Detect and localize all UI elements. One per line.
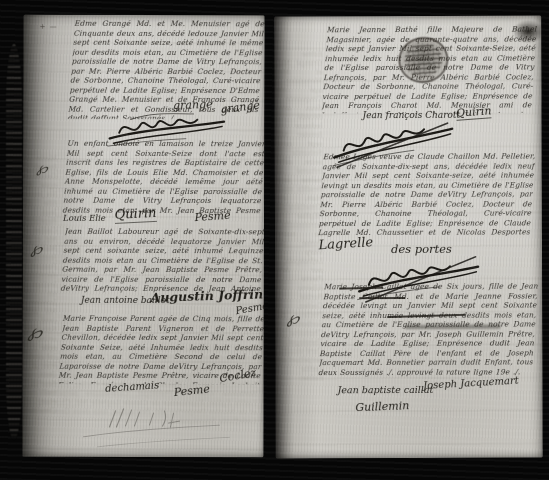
strikethrough-mark [405, 325, 500, 329]
act-margin-mark: ℘ [27, 320, 44, 344]
manuscript-page-left: + — Edme Grangé Md. et Me. Menuisier agé… [22, 15, 264, 458]
signature: Pesme [194, 209, 231, 224]
manuscript-page-right: Marie Jeanne Bathé fille Majeure de Bath… [274, 16, 543, 459]
signature: Guillemin [355, 399, 409, 414]
book-page-edges [6, 44, 22, 440]
signature: Augustin Joffrin [150, 286, 263, 305]
pen-mark: + — [40, 23, 58, 31]
signature: Quirin [114, 206, 157, 224]
stamp-emblem [402, 40, 444, 79]
burial-record-text: Un enfant ondoié en lamaison le treize J… [62, 139, 264, 216]
bleed-through-ghost: Marie Joseph Caillat agée de Six jours, … [23, 155, 58, 415]
act-margin-mark: ℘ [30, 238, 43, 258]
pencil-scribble [67, 403, 257, 451]
signature: Jean baptiste caillat [338, 385, 434, 396]
signature: des portes [391, 242, 452, 256]
act-margin-mark: ℘ [286, 308, 300, 329]
signature: Pesme [173, 382, 210, 399]
signature: Louis Elie [63, 214, 106, 224]
document-scan: + — Edme Grangé Md. et Me. Menuisier agé… [0, 0, 549, 480]
signature: Lagrelle [318, 235, 373, 253]
signature: dechamais [105, 380, 160, 395]
burial-record-text: Edmée Loges veuve de Claude Chaillon Md.… [318, 152, 536, 239]
bleed-through-ghost: Edme Grangé Md. et Me. Menuisier agé de … [276, 50, 323, 380]
strikethrough-mark [359, 297, 405, 299]
signature: Quirin [456, 104, 492, 121]
burial-record-text: Jean Baillot Laboureur agé de Soixante-d… [61, 227, 265, 294]
burial-record-text: Marie Joseph Caillat agée de Six jours, … [318, 282, 539, 381]
act-margin-mark: ℘ [36, 158, 49, 177]
